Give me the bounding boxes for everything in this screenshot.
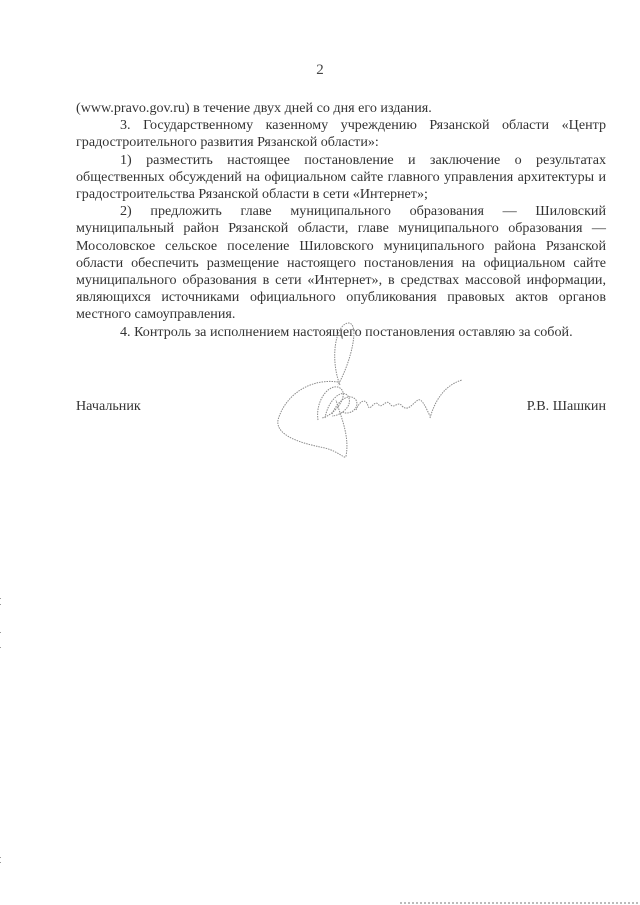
paragraph-item-3: 3. Государственному казенному учреждению…	[76, 117, 606, 151]
paragraph-subitem-1: 1) разместить настоящее постановление и …	[76, 152, 606, 204]
paragraph-publication-continuation: (www.pravo.gov.ru) в течение двух дней с…	[76, 100, 606, 117]
paragraph-subitem-2: 2) предложить главе муниципального образ…	[76, 203, 606, 323]
scan-artifact-edge	[400, 902, 640, 904]
signatory-name: Р.В. Шашкин	[527, 398, 606, 415]
handwritten-signature-icon	[270, 320, 470, 470]
document-page: 2 (www.pravo.gov.ru) в течение двух дней…	[0, 0, 640, 905]
signatory-title: Начальник	[76, 398, 141, 415]
scan-artifact-dots	[0, 590, 4, 905]
page-number: 2	[0, 62, 640, 79]
document-body: (www.pravo.gov.ru) в течение двух дней с…	[76, 100, 606, 341]
